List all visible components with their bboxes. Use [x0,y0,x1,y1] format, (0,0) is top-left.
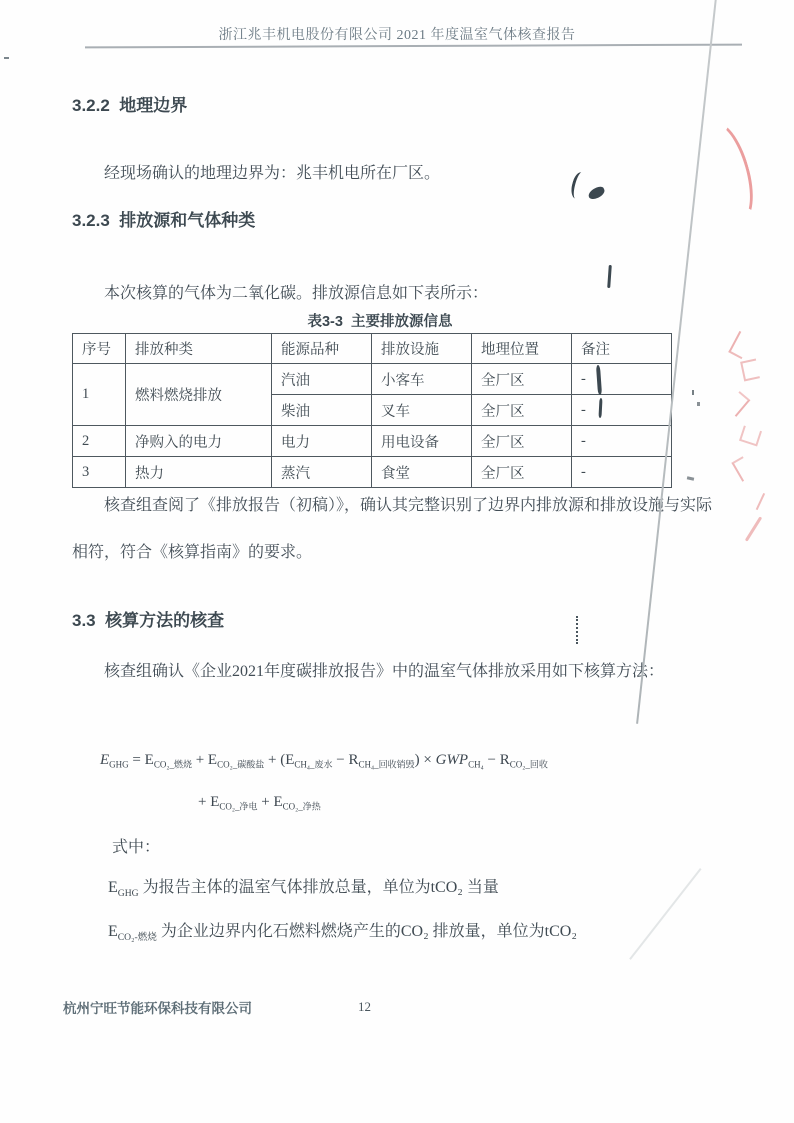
col-header-facility: 排放设施 [372,334,472,364]
section-heading-emission-sources: 3.2.3 排放源和气体种类 [72,206,255,231]
red-stamp-fragment-icon [745,488,765,510]
footer-page-number: 12 [358,999,371,1015]
paragraph-review-conclusion: 核查组查阅了《排放报告（初稿）》，确认其完整识别了边界内排放源和排放设施与实际相… [72,482,712,576]
cell-emission-type: 燃料燃烧排放 [126,364,272,426]
col-header-emission-type: 排放种类 [126,334,272,364]
cell-location: 全厂区 [472,395,572,426]
red-stamp-fragment-icon [745,516,762,541]
page-header-title: 浙江兆丰机电股份有限公司 2021 年度温室气体核查报告 [0,24,794,44]
cell-no: 1 [73,364,126,426]
scanned-report-page: { "colors": { "stamp_red": "#e07f7f", "t… [0,0,794,1123]
cell-energy: 柴油 [272,395,372,426]
cell-facility: 用电设备 [372,426,472,457]
col-header-location: 地理位置 [472,334,572,364]
formula-where-label: 式中： [112,834,160,857]
cell-facility: 叉车 [372,395,472,426]
ink-speck [692,390,694,395]
cell-note: - [572,364,672,395]
cell-note: - [572,426,672,457]
ink-smudge [576,616,580,644]
ghg-formula-line1: EGHG = ECO₂_燃烧 + ECO₂_碳酸盐 + (ECH₄_废水 − R… [100,752,548,771]
ink-speck [4,57,9,59]
col-header-energy-type: 能源品种 [272,334,372,364]
definition-eco2-combustion: ECO₂-燃烧 为企业边界内化石燃料燃烧产生的CO₂ 排放量，单位为tCO₂ [108,918,577,943]
red-stamp-fragment-icon [731,456,753,482]
scan-page-edge-line-bottom [629,868,701,960]
ghg-formula-line2: + ECO₂_净电 + ECO₂_净热 [198,794,321,813]
ink-speck [687,476,694,480]
red-stamp-fragment-icon [726,391,751,417]
section-heading-geographic-boundary: 3.2.2 地理边界 [72,91,187,116]
header-divider [85,44,742,49]
table-row: 1 燃料燃烧排放 汽油 小客车 全厂区 - [73,364,672,395]
cell-energy: 汽油 [272,364,372,395]
cell-no: 2 [73,426,126,457]
section-heading-method-verification: 3.3 核算方法的核查 [72,606,224,631]
definition-eghg: EGHG 为报告主体的温室气体排放总量，单位为tCO₂ 当量 [108,874,499,899]
red-stamp-fragment-icon [728,331,753,359]
col-header-no: 序号 [73,334,126,364]
cell-note: - [572,395,672,426]
table-caption: 表3-3 主要排放源信息 [0,310,760,331]
col-header-note: 备注 [572,334,672,364]
red-stamp-fragment-icon [740,359,760,382]
table-header-row: 序号 排放种类 能源品种 排放设施 地理位置 备注 [73,334,672,364]
red-stamp-fragment-icon [739,425,762,446]
ink-speck [697,402,700,406]
footer-company-name: 杭州宁旺节能环保科技有限公司 [63,997,252,1017]
cell-location: 全厂区 [472,364,572,395]
cell-facility: 小客车 [372,364,472,395]
table-row: 2 净购入的电力 电力 用电设备 全厂区 - [73,426,672,457]
cell-emission-type: 净购入的电力 [126,426,272,457]
cell-energy: 电力 [272,426,372,457]
paragraph-geographic-boundary: 经现场确认的地理边界为：兆丰机电所在厂区。 [72,150,712,197]
cell-location: 全厂区 [472,426,572,457]
paragraph-method-intro: 核查组确认《企业2021年度碳排放报告》中的温室气体排放采用如下核算方法： [72,648,712,695]
emission-source-table: 序号 排放种类 能源品种 排放设施 地理位置 备注 1 燃料燃烧排放 汽油 小客… [72,333,672,488]
